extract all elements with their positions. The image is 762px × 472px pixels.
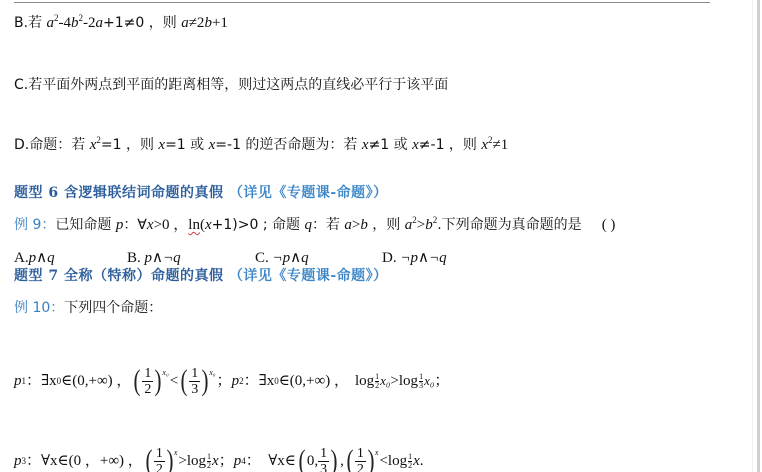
fraction-power: (12)x — [345, 446, 379, 472]
answer-option-d: D. ¬p∧¬q — [382, 248, 447, 267]
propositions-p3-p4: p3 ：∀x∈(0 ，+∞) ， (12)x > log 12 x ； p4 ：… — [14, 444, 424, 472]
propositions-p1-p2: p1 ：∃x0 ∈(0,+∞) ， (12)x₀ < (13)x₀ ； p2 ：… — [14, 364, 449, 398]
section-heading-7: 题型 7 全称（特称）命题的真假 （详见《专题课-命题》） — [14, 267, 388, 285]
page-top-rule — [14, 2, 710, 3]
fraction-power: (12)x₀ — [132, 366, 168, 397]
log-base: 12 — [207, 453, 211, 470]
page-edge-shadow — [752, 0, 753, 472]
answer-blank: ( ) — [602, 217, 616, 233]
fraction-power: (12)x — [144, 446, 178, 472]
log-base: 12 — [408, 453, 412, 470]
log-base: 12 — [375, 373, 379, 390]
fraction-power: (13)x₀ — [179, 366, 215, 397]
option-b: B.若 a2-4b2-2a+1≠0 ，则 a≠2b+1 — [14, 14, 228, 32]
section-heading-6: 题型 6 含逻辑联结词命题的真假 （详见《专题课-命题》） — [14, 184, 388, 202]
vertical-scrollbar-track[interactable] — [757, 0, 760, 472]
interval: (0,13) — [297, 446, 339, 472]
option-d: D.命题：若 x2=1 ，则 x=1 或 x=-1 的逆否命题为：若 x≠1 或… — [14, 136, 508, 154]
answer-option-b: B. p∧¬q — [127, 248, 181, 267]
answer-option-a: A.p∧q — [14, 248, 55, 267]
example-10: 例 10：下列四个命题： — [14, 299, 162, 317]
cross-reference-link[interactable]: （详见《专题课-命题》） — [229, 268, 388, 284]
answer-option-c: C. ¬p∧q — [255, 248, 309, 267]
cross-reference-link[interactable]: （详见《专题课-命题》） — [229, 185, 388, 201]
example-9: 例 9：已知命题 p：∀x>0 ，ln(x+1)>0 ; 命题 q：若 a>b … — [14, 216, 615, 234]
log-base: 13 — [419, 373, 423, 390]
spellcheck-underline: ln — [188, 217, 200, 233]
option-c: C.若平面外两点到平面的距离相等，则过这两点的直线必平行于该平面 — [14, 76, 448, 94]
